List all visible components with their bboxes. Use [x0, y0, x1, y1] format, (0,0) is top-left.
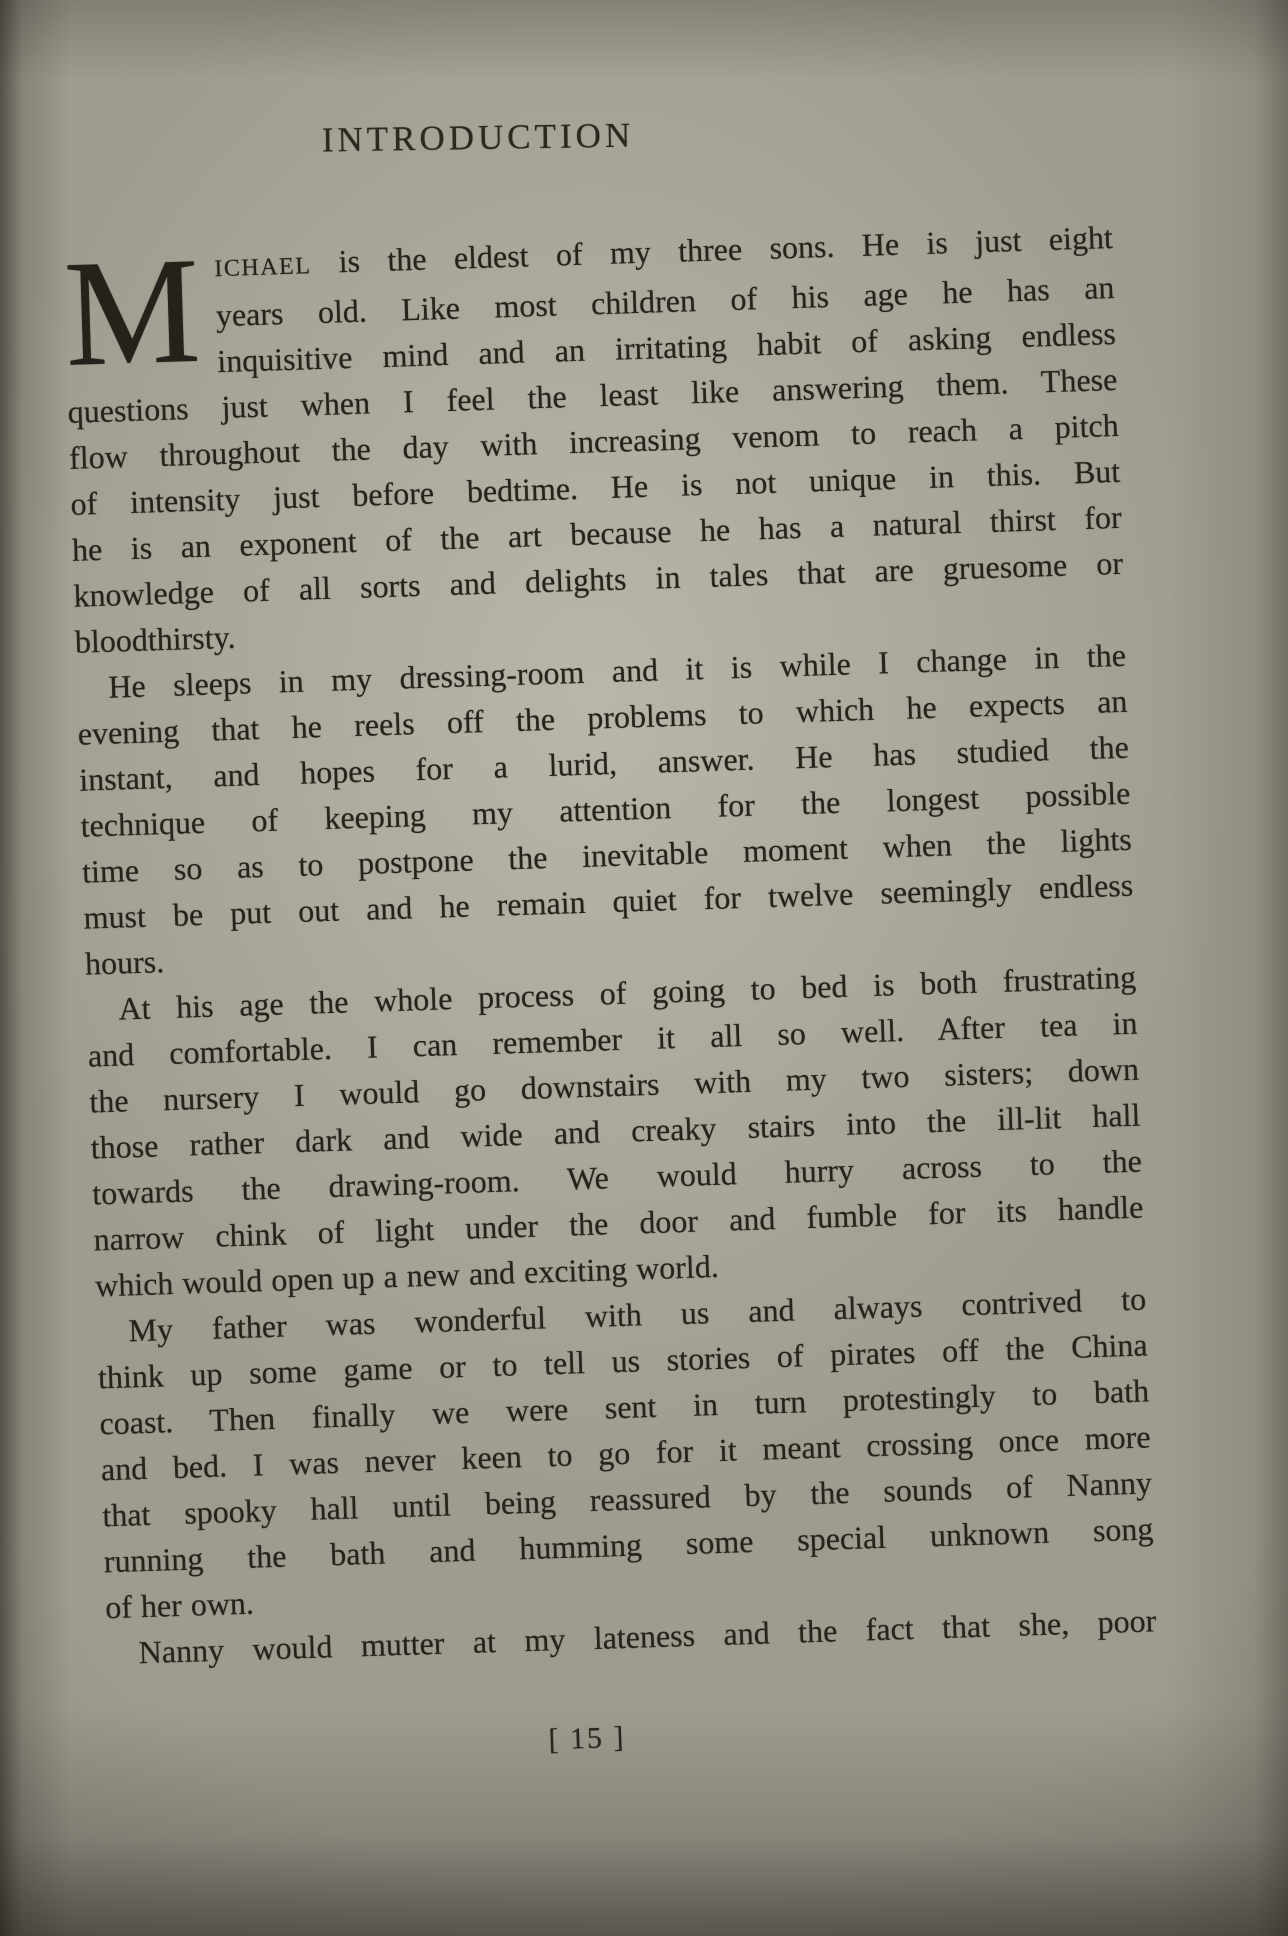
paragraph-2: He sleeps in my dressing-room and it is … [76, 632, 1136, 987]
page-number: [ 15 ] [62, 1704, 1113, 1775]
paragraph-4: My father was wonderful with us and alwa… [96, 1275, 1156, 1630]
paragraph-3: At his age the whole process of going to… [86, 954, 1146, 1309]
page-text-block: M ICHAEL is the eldest of my three sons.… [63, 214, 1157, 1676]
paragraph-1: M ICHAEL is the eldest of my three sons.… [63, 214, 1126, 665]
lead-in-small-caps: ICHAEL [214, 253, 312, 282]
book-page-photo: INTRODUCTION M ICHAEL is the eldest of m… [0, 0, 1288, 1936]
chapter-title: INTRODUCTION [318, 115, 639, 160]
drop-cap-letter: M [63, 251, 202, 385]
